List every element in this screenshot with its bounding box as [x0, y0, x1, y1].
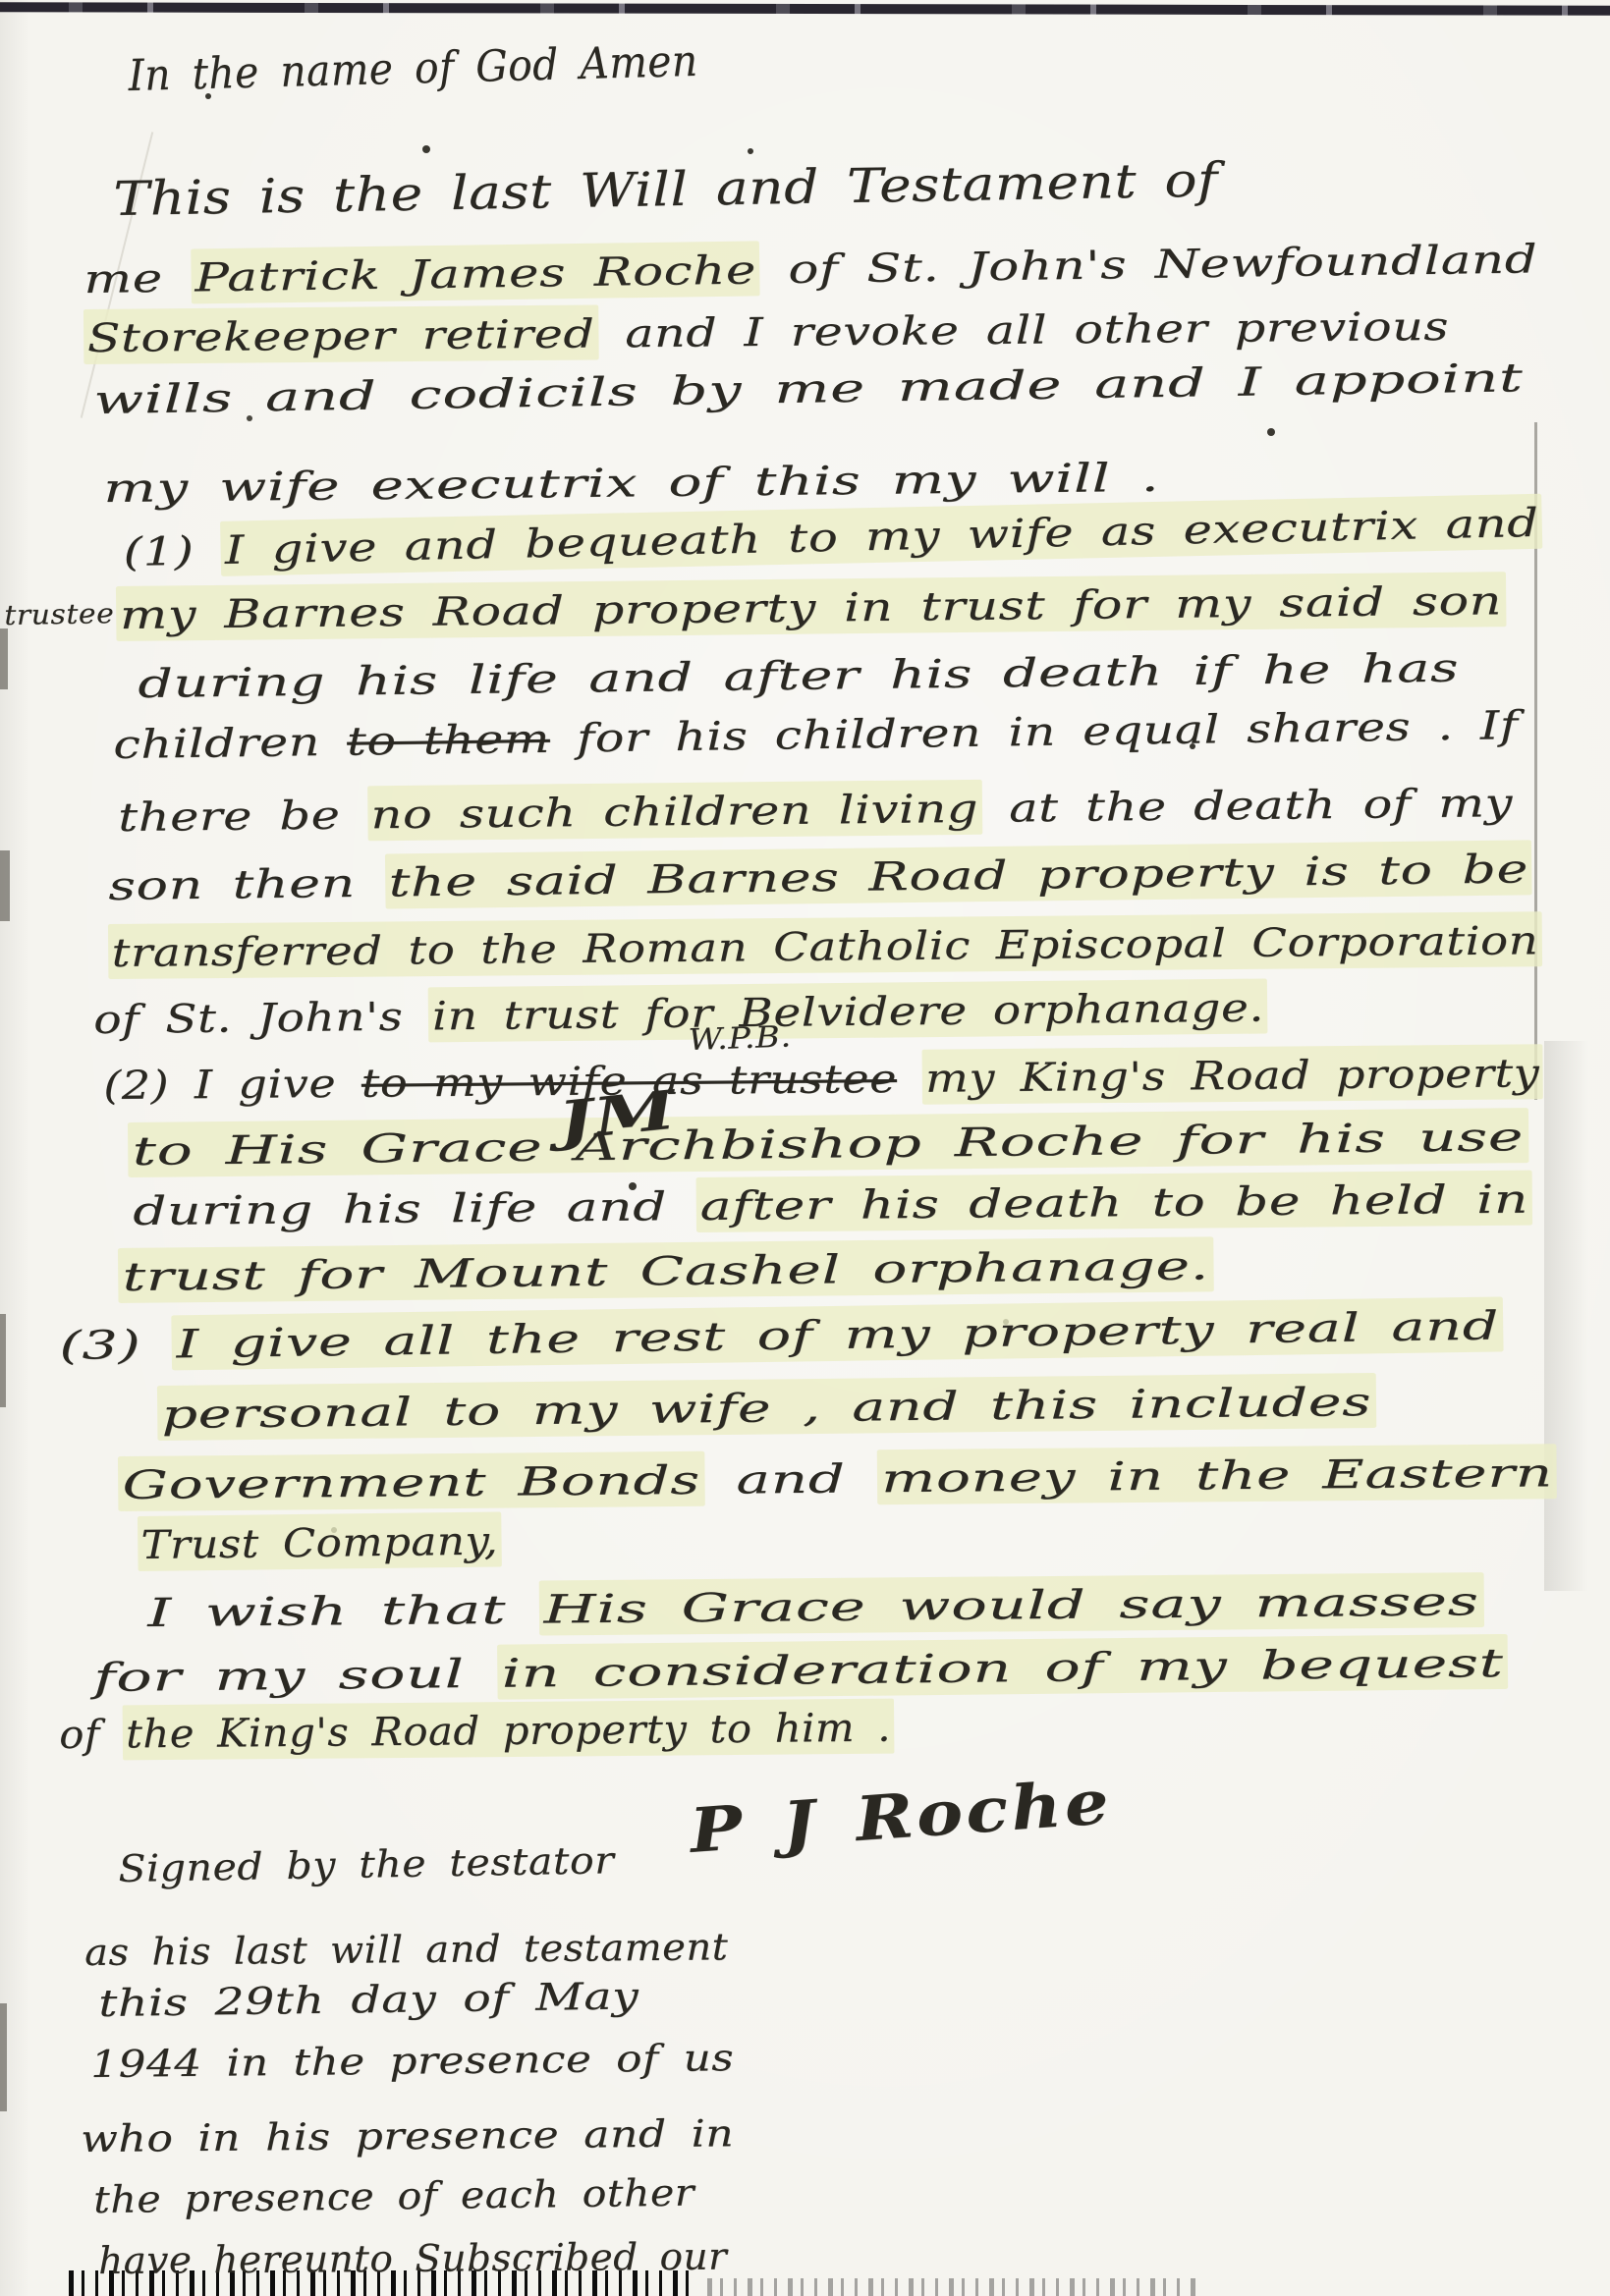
handwritten-text: (2) I give [103, 1062, 361, 1109]
handwritten-text: at the death of my [981, 781, 1513, 832]
clause-2-line-4: trust for Mount Cashel orphanage. [118, 1243, 1213, 1300]
scan-artifact-left-mark [0, 1314, 6, 1407]
handwritten-text: JM [555, 1077, 679, 1152]
highlighted-text: money in the Eastern [877, 1444, 1558, 1504]
highlighted-text: Storekeeper retired [83, 304, 598, 364]
clause-1-line-3: during his life and after his death if h… [138, 646, 1459, 707]
highlighted-text: no such children living [367, 780, 982, 842]
clause-3-line-3: Government Bonds and money in the Easter… [118, 1450, 1557, 1508]
handwritten-text [897, 1057, 922, 1102]
wish-line-1: I wish that His Grace would say masses [147, 1579, 1483, 1636]
handwritten-text: during his life and [133, 1184, 696, 1234]
wish-line-3: of the King's Road property to him . [59, 1706, 894, 1758]
scan-artifact-right-smudge [1544, 1041, 1588, 1591]
scan-artifact-left-mark [0, 629, 8, 689]
clause-1-line-1: (1) I give and bequeath to my wife as ex… [123, 501, 1543, 575]
clause-1-line-4: children to them for his children in equ… [113, 703, 1519, 768]
opening-line-4: wills and codicils by me made and I appo… [93, 355, 1524, 423]
attestation-line-1: Signed by the testator [118, 1838, 615, 1890]
clause-1-line-2: my Barnes Road property in trust for my … [116, 578, 1506, 638]
handwritten-text: wills and codicils by me made and I appo… [93, 355, 1524, 423]
heading-line: In the name of God Amen [128, 36, 698, 101]
highlighted-text: after his death to be held in [695, 1171, 1532, 1232]
attestation-line-6: the presence of each other [93, 2171, 694, 2221]
handwritten-text: of [59, 1712, 123, 1758]
highlighted-text: His Grace would say masses [539, 1572, 1484, 1635]
clause-3-line-2: personal to my wife , and this includes [157, 1380, 1376, 1438]
highlighted-text: transferred to the Roman Catholic Episco… [108, 911, 1542, 979]
scan-artifact-bottom-stripes-faint [707, 2278, 1198, 2296]
handwritten-text: trustee [4, 597, 115, 631]
handwritten-text: This is the last Will and Testament of [113, 152, 1218, 227]
scan-artifact-left-mark [0, 2003, 7, 2111]
handwritten-text: during his life and after his death if h… [138, 646, 1459, 707]
handwritten-text: for his children in equal shares . If [550, 703, 1519, 762]
opening-line-2: me Patrick James Roche of St. John's New… [83, 237, 1538, 302]
clause-1-line-7: transferred to the Roman Catholic Episco… [108, 918, 1542, 976]
highlighted-text: my King's Road property [921, 1044, 1543, 1105]
signature-testator: P J Roche [688, 1766, 1114, 1867]
highlighted-text: my Barnes Road property in trust for my … [116, 572, 1506, 641]
attestation-line-7: have hereunto Subscribed our [98, 2235, 727, 2282]
handwritten-text: me [83, 255, 192, 302]
handwritten-text: for my soul [93, 1652, 497, 1701]
highlighted-text: to His Grace Archbishop Roche for his us… [128, 1108, 1528, 1177]
clause-3-line-1: (3) I give all the rest of my property r… [59, 1303, 1504, 1369]
handwritten-text: who in his presence and in [81, 2111, 734, 2160]
highlighted-text: in consideration of my bequest [497, 1634, 1509, 1700]
margin-note-trustee: trustee [4, 597, 115, 631]
handwritten-text: P J Roche [688, 1766, 1114, 1867]
handwritten-text: there be [118, 793, 367, 841]
handwritten-text: In the name of God Amen [128, 36, 698, 101]
clause-2-line-3: during his life and after his death to b… [133, 1177, 1532, 1234]
handwritten-text: (3) [59, 1322, 173, 1369]
handwritten-text: and I revoke all other previous [598, 304, 1449, 357]
handwritten-text: of St. John's [93, 994, 429, 1043]
wish-line-2: for my soul in consideration of my beque… [93, 1641, 1508, 1701]
attestation-line-2: as his last will and testament [84, 1925, 728, 1974]
attestation-line-4: 1944 in the presence of us [90, 2036, 734, 2086]
clause-1-line-5: there be no such children living at the … [118, 781, 1513, 841]
clause-2-line-2: to His Grace Archbishop Roche for his us… [128, 1115, 1528, 1175]
handwritten-text: my wife executrix of this my will . [103, 456, 1159, 512]
attestation-line-3: this 29th day of May [98, 1974, 639, 2025]
handwritten-text: children [113, 720, 347, 768]
handwritten-text: this 29th day of May [98, 1974, 639, 2025]
interlineation-wpb: W.P.B. [688, 1019, 792, 1058]
handwritten-text: W.P.B. [688, 1019, 792, 1058]
highlighted-text: personal to my wife , and this includes [157, 1373, 1376, 1441]
highlighted-text: in trust for Belvidere orphanage. [428, 978, 1268, 1042]
scanned-will-page: In the name of God AmenThis is the last … [0, 0, 1610, 2296]
handwritten-text: the presence of each other [93, 2171, 694, 2221]
clause-3-line-4: Trust Company, [138, 1518, 502, 1568]
highlighted-text: I give all the rest of my property real … [172, 1296, 1504, 1370]
opening-line-3: Storekeeper retired and I revoke all oth… [83, 304, 1449, 361]
handwritten-text: Signed by the testator [118, 1838, 615, 1890]
scan-artifact-left-mark [0, 850, 10, 921]
highlighted-text: the said Barnes Road property is to be [384, 840, 1532, 908]
handwritten-text: and [704, 1456, 877, 1503]
ink-specks [0, 0, 4, 4]
opening-line-5: my wife executrix of this my will . [103, 456, 1159, 512]
handwritten-text: I wish that [147, 1588, 539, 1636]
highlighted-text: Patrick James Roche [191, 241, 760, 303]
highlighted-text: the King's Road property to him . [123, 1699, 895, 1761]
handwritten-text: as his last will and testament [84, 1925, 728, 1974]
handwritten-text: have hereunto Subscribed our [98, 2235, 727, 2282]
handwritten-text: 1944 in the presence of us [90, 2036, 734, 2086]
initials-jm: JM [555, 1077, 679, 1152]
highlighted-text: Trust Company, [138, 1511, 502, 1571]
handwritten-text: (1) [123, 528, 222, 575]
clause-1-line-6: son then the said Barnes Road property i… [108, 847, 1532, 909]
scan-artifact-top-edge [0, 2, 1610, 15]
attestation-line-5: who in his presence and in [81, 2111, 734, 2160]
clause-2-line-1: (2) I give to my wife as trustee my King… [103, 1051, 1543, 1109]
handwritten-text: son then [108, 861, 385, 909]
handwritten-text: of St. John's Newfoundland [759, 237, 1537, 293]
opening-line-1: This is the last Will and Testament of [113, 152, 1218, 227]
highlighted-text: trust for Mount Cashel orphanage. [118, 1236, 1214, 1303]
highlighted-text: Government Bonds [118, 1451, 704, 1511]
clause-1-line-8: of St. John's in trust for Belvidere orp… [93, 985, 1268, 1043]
struck-out-text: to them [347, 717, 550, 765]
